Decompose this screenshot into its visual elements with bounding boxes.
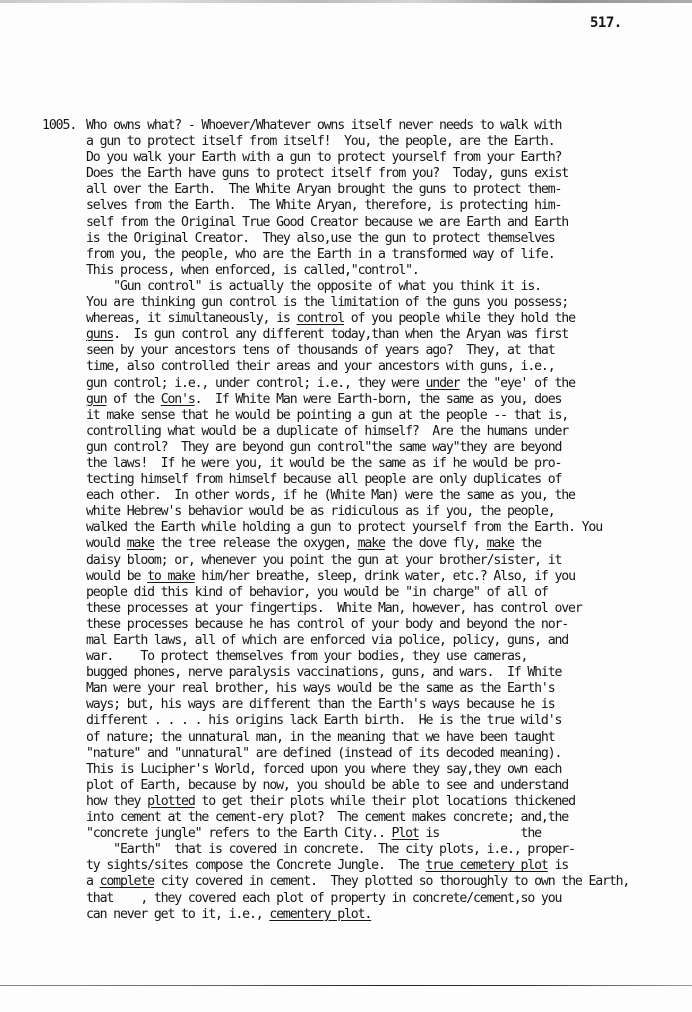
text-line: is the Original Creator. They also,use t…: [86, 231, 686, 247]
text-line: "concrete jungle" refers to the Earth Ci…: [86, 826, 686, 842]
text-run: white Hebrew's behavior would be as ridi…: [86, 504, 554, 519]
text-run: ways; but, his ways are different than t…: [86, 697, 554, 712]
text-run: selves from the Earth. The White Aryan, …: [86, 198, 561, 213]
text-line: bugged phones, nerve paralysis vaccinati…: [86, 665, 686, 681]
text-run: these processes at your fingertips. Whit…: [86, 601, 582, 616]
text-run: "Gun control" is actually the opposite o…: [86, 279, 541, 294]
text-run: the laws! If he were you, it would be th…: [86, 456, 561, 471]
text-run: that , they covered each plot of propert…: [86, 891, 561, 906]
paragraph-number: 1005.: [42, 118, 76, 134]
text-run: "nature" and "unnatural" are defined (in…: [86, 746, 561, 761]
text-line: seen by your ancestors tens of thousands…: [86, 343, 686, 359]
text-run: tecting himself from himself because all…: [86, 472, 561, 487]
text-line: "Earth" that is covered in concrete. The…: [86, 842, 686, 858]
text-run: gun control? They are beyond gun control…: [86, 440, 561, 455]
text-line: daisy bloom; or, whenever you point the …: [86, 553, 686, 569]
text-run: walked the Earth while holding a gun to …: [86, 520, 602, 535]
text-run: mal Earth laws, all of which are enforce…: [86, 633, 568, 648]
text-line: Man were your real brother, his ways wou…: [86, 681, 686, 697]
text-line: This process, when enforced, is called,"…: [86, 263, 686, 279]
underlined-text: make: [358, 536, 385, 551]
text-line: it make sense that he would be pointing …: [86, 408, 686, 424]
text-line: each other. In other words, if he (White…: [86, 488, 686, 504]
text-run: a: [86, 874, 100, 889]
text-line: would make the tree release the oxygen, …: [86, 536, 686, 552]
text-line: into cement at the cement-ery plot? The …: [86, 810, 686, 826]
text-line: ty sights/sites compose the Concrete Jun…: [86, 858, 686, 874]
text-line: these processes because he has control o…: [86, 617, 686, 633]
text-run: of the: [106, 392, 160, 407]
underlined-text: plotted: [147, 794, 195, 809]
text-run: would be: [86, 569, 147, 584]
text-line: people did this kind of behavior, you wo…: [86, 585, 686, 601]
page-bottom-rule: [0, 985, 692, 986]
underlined-text: control: [296, 311, 344, 326]
text-run: can never get to it, i.e.,: [86, 907, 269, 922]
text-line: different . . . . his origins lack Earth…: [86, 713, 686, 729]
text-run: seen by your ancestors tens of thousands…: [86, 343, 554, 358]
text-run: the: [514, 536, 541, 551]
text-line: self from the Original True Good Creator…: [86, 215, 686, 231]
text-run: This is Lucipher's World, forced upon yo…: [86, 762, 561, 777]
text-run: would: [86, 536, 127, 551]
paragraph-body: Who owns what? - Whoever/Whatever owns i…: [86, 118, 686, 923]
text-line: controlling what would be a duplicate of…: [86, 424, 686, 440]
text-run: from you, the people, who are the Earth …: [86, 247, 554, 262]
text-run: . If White Man were Earth-born, the same…: [195, 392, 562, 407]
text-run: the "eye' of the: [459, 376, 574, 391]
text-line: tecting himself from himself because all…: [86, 472, 686, 488]
text-line: Do you walk your Earth with a gun to pro…: [86, 150, 686, 166]
text-line: "nature" and "unnatural" are defined (in…: [86, 746, 686, 762]
text-run: each other. In other words, if he (White…: [86, 488, 575, 503]
text-line: selves from the Earth. The White Aryan, …: [86, 198, 686, 214]
text-run: different . . . . his origins lack Earth…: [86, 713, 561, 728]
text-line: time, also controlled their areas and yo…: [86, 359, 686, 375]
text-run: all over the Earth. The White Aryan brou…: [86, 182, 561, 197]
text-line: ways; but, his ways are different than t…: [86, 697, 686, 713]
text-line: all over the Earth. The White Aryan brou…: [86, 182, 686, 198]
underlined-text: to make: [147, 569, 195, 584]
text-run: time, also controlled their areas and yo…: [86, 359, 554, 374]
text-run: self from the Original True Good Creator…: [86, 215, 568, 230]
text-line: Does the Earth have guns to protect itse…: [86, 166, 686, 182]
text-run: is the Original Creator. They also,use t…: [86, 231, 554, 246]
text-run: gun control; i.e., under control; i.e., …: [86, 376, 425, 391]
text-run: plot of Earth, because by now, you shoul…: [86, 778, 568, 793]
text-run: is the: [419, 826, 541, 841]
text-run: Who owns what? - Whoever/Whatever owns i…: [86, 118, 561, 133]
underlined-text: cementery plot.: [269, 907, 371, 922]
text-run: whereas, it simultaneously, is: [86, 311, 296, 326]
text-run: a gun to protect itself from itself! You…: [86, 134, 554, 149]
text-run: of you people while they hold the: [344, 311, 575, 326]
text-run: Man were your real brother, his ways wou…: [86, 681, 554, 696]
text-run: . Is gun control any different today,tha…: [113, 327, 568, 342]
text-run: "concrete jungle" refers to the Earth Ci…: [86, 826, 392, 841]
text-line: gun of the Con's. If White Man were Eart…: [86, 392, 686, 408]
underlined-text: Con's: [161, 392, 195, 407]
underlined-text: guns: [86, 327, 113, 342]
text-line: war. To protect themselves from your bod…: [86, 649, 686, 665]
text-line: white Hebrew's behavior would be as ridi…: [86, 504, 686, 520]
underlined-text: true cemetery plot: [425, 858, 547, 873]
text-run: war. To protect themselves from your bod…: [86, 649, 527, 664]
text-run: ty sights/sites compose the Concrete Jun…: [86, 858, 425, 873]
text-run: of nature; the unnatural man, in the mea…: [86, 730, 554, 745]
text-run: it make sense that he would be pointing …: [86, 408, 568, 423]
text-run: him/her breathe, sleep, drink water, etc…: [195, 569, 575, 584]
text-line: guns. Is gun control any different today…: [86, 327, 686, 343]
text-line: would be to make him/her breathe, sleep,…: [86, 569, 686, 585]
text-line: mal Earth laws, all of which are enforce…: [86, 633, 686, 649]
text-run: controlling what would be a duplicate of…: [86, 424, 568, 439]
text-line: how they plotted to get their plots whil…: [86, 794, 686, 810]
page-number: 517.: [590, 15, 622, 31]
text-line: a complete city covered in cement. They …: [86, 874, 686, 890]
text-run: the dove fly,: [385, 536, 487, 551]
text-run: the tree release the oxygen,: [154, 536, 358, 551]
text-run: into cement at the cement-ery plot? The …: [86, 810, 568, 825]
underlined-text: under: [425, 376, 459, 391]
text-run: is: [548, 858, 568, 873]
text-line: of nature; the unnatural man, in the mea…: [86, 730, 686, 746]
text-line: This is Lucipher's World, forced upon yo…: [86, 762, 686, 778]
scan-top-edge: [0, 0, 692, 3]
text-run: bugged phones, nerve paralysis vaccinati…: [86, 665, 561, 680]
text-line: whereas, it simultaneously, is control o…: [86, 311, 686, 327]
text-run: Do you walk your Earth with a gun to pro…: [86, 150, 561, 165]
text-line: plot of Earth, because by now, you shoul…: [86, 778, 686, 794]
text-run: to get their plots while their plot loca…: [195, 794, 575, 809]
text-line: a gun to protect itself from itself! You…: [86, 134, 686, 150]
text-run: daisy bloom; or, whenever you point the …: [86, 553, 561, 568]
text-line: these processes at your fingertips. Whit…: [86, 601, 686, 617]
text-line: You are thinking gun control is the limi…: [86, 295, 686, 311]
underlined-text: Plot: [392, 826, 419, 841]
text-run: "Earth" that is covered in concrete. The…: [86, 842, 575, 857]
text-line: Who owns what? - Whoever/Whatever owns i…: [86, 118, 686, 134]
text-line: gun control? They are beyond gun control…: [86, 440, 686, 456]
text-run: Does the Earth have guns to protect itse…: [86, 166, 568, 181]
text-line: from you, the people, who are the Earth …: [86, 247, 686, 263]
underlined-text: gun: [86, 392, 106, 407]
text-line: walked the Earth while holding a gun to …: [86, 520, 686, 536]
text-line: the laws! If he were you, it would be th…: [86, 456, 686, 472]
text-run: This process, when enforced, is called,"…: [86, 263, 419, 278]
text-line: that , they covered each plot of propert…: [86, 891, 686, 907]
text-run: these processes because he has control o…: [86, 617, 568, 632]
text-run: how they: [86, 794, 147, 809]
underlined-text: make: [127, 536, 154, 551]
text-run: city covered in cement. They plotted so …: [154, 874, 629, 889]
text-run: people did this kind of behavior, you wo…: [86, 585, 548, 600]
underlined-text: make: [487, 536, 514, 551]
text-line: gun control; i.e., under control; i.e., …: [86, 376, 686, 392]
text-line: "Gun control" is actually the opposite o…: [86, 279, 686, 295]
underlined-text: complete: [100, 874, 154, 889]
text-run: You are thinking gun control is the limi…: [86, 295, 568, 310]
text-line: can never get to it, i.e., cementery plo…: [86, 907, 686, 923]
